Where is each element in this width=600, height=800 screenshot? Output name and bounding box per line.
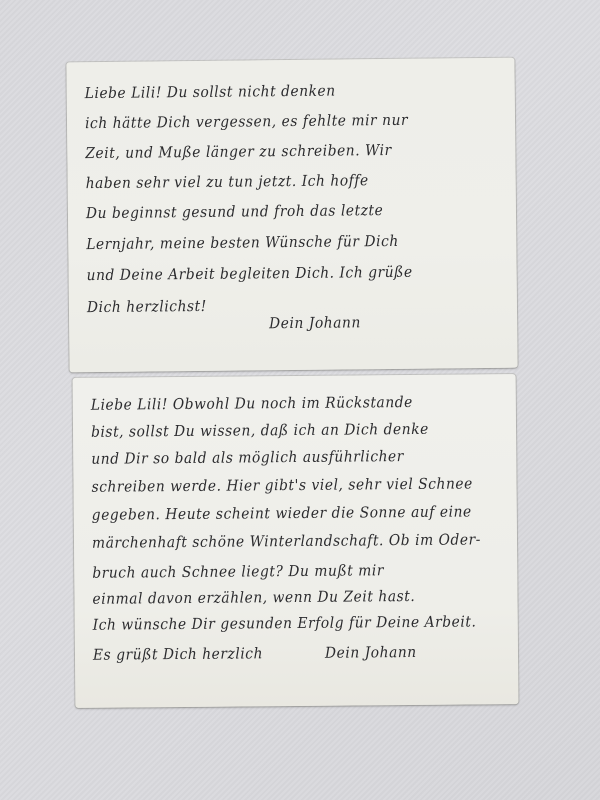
postcard-bottom: Liebe Lili! Obwohl Du noch im Rückstande… bbox=[73, 374, 519, 708]
postcard-top: Liebe Lili! Du sollst nicht denken ich h… bbox=[66, 58, 517, 373]
signature: Dein Johann bbox=[269, 313, 361, 332]
handwritten-line: und Deine Arbeit begleiten Dich. Ich grü… bbox=[87, 263, 413, 284]
handwritten-line: gegeben. Heute scheint wieder die Sonne … bbox=[92, 502, 472, 523]
handwritten-line: einmal davon erzählen, wenn Du Zeit hast… bbox=[92, 587, 415, 608]
handwritten-line: Ich wünsche Dir gesunden Erfolg für Dein… bbox=[93, 612, 477, 633]
handwritten-line: ich hätte Dich vergessen, es fehlte mir … bbox=[85, 111, 408, 132]
handwritten-line: Liebe Lili! Du sollst nicht denken bbox=[85, 82, 336, 103]
handwritten-line: märchenhaft schöne Winterlandschaft. Ob … bbox=[92, 530, 481, 551]
handwritten-line: Lernjahr, meine besten Wünsche für Dich bbox=[86, 232, 399, 253]
signature: Dein Johann bbox=[325, 643, 417, 662]
handwritten-line: bruch auch Schnee liegt? Du mußt mir bbox=[92, 561, 384, 582]
handwritten-line: Zeit, und Muße länger zu schreiben. Wir bbox=[85, 141, 392, 162]
handwritten-line: und Dir so bald als möglich ausführliche… bbox=[91, 447, 404, 468]
handwritten-line: schreiben werde. Hier gibt's viel, sehr … bbox=[91, 474, 472, 495]
handwritten-line: bist, sollst Du wissen, daß ich an Dich … bbox=[91, 420, 429, 441]
handwritten-line: haben sehr viel zu tun jetzt. Ich hoffe bbox=[86, 171, 369, 192]
handwritten-line: Du beginnst gesund und froh das letzte bbox=[86, 201, 384, 222]
handwritten-line: Liebe Lili! Obwohl Du noch im Rückstande bbox=[91, 393, 413, 414]
handwritten-line: Dich herzlichst! bbox=[87, 297, 207, 316]
handwritten-line: Es grüßt Dich herzlich bbox=[93, 644, 263, 663]
